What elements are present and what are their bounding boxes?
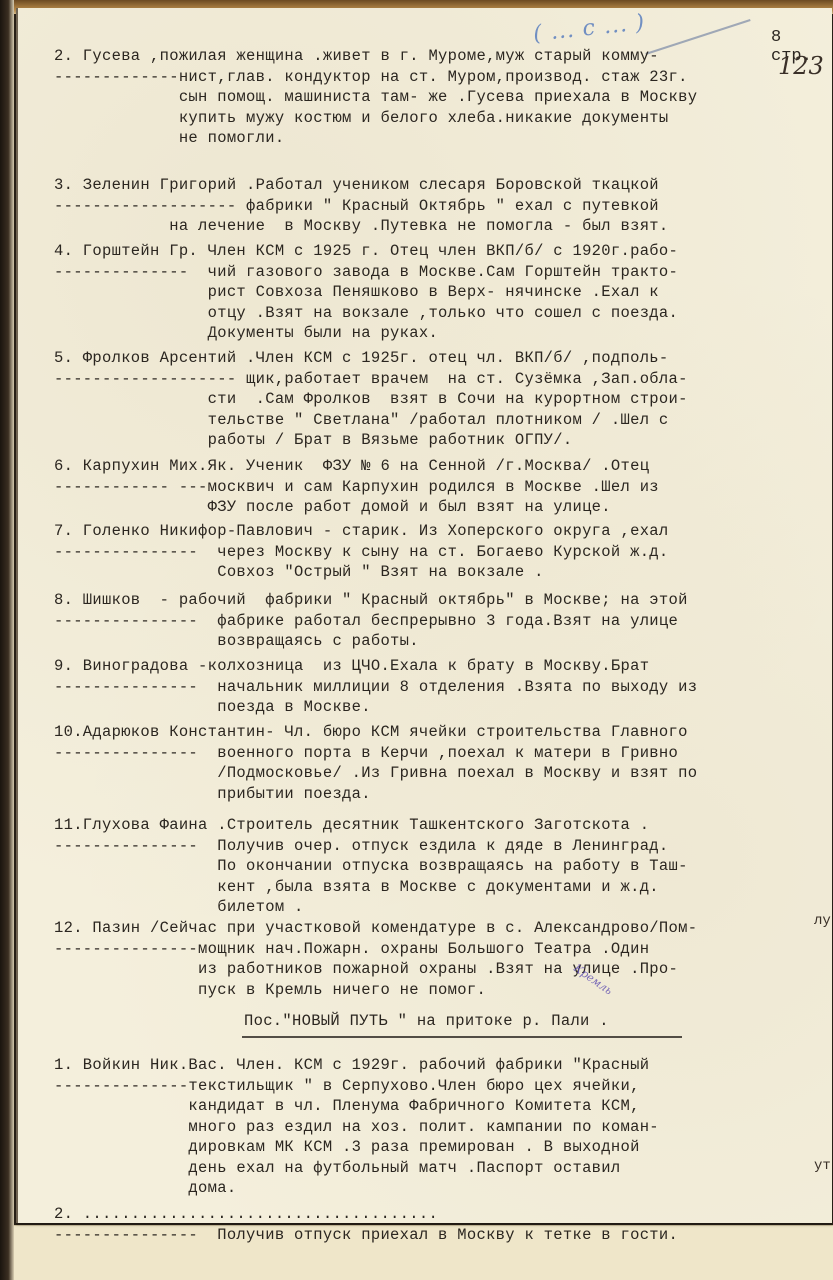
document-entry: 3. Зеленин Григорий .Работал учеником сл… [54,175,669,237]
document-entry: 6. Карпухин Мих.Як. Ученик ФЗУ № 6 на Се… [54,456,659,518]
entry-line: По окончании отпуска возвращаясь на рабо… [54,856,688,877]
entry-line: кандидат в чл. Пленума Фабричного Комите… [54,1096,659,1117]
entry-line: ФЗУ после работ домой и был взят на улиц… [54,497,659,518]
entry-line: рист Совхоза Пеняшково в Верх- нячинске … [54,282,678,303]
entry-line: --------------- фабрике работал беспреры… [54,611,688,632]
document-entry: 8. Шишков - рабочий фабрики " Красный ок… [54,590,688,652]
entry-line: ------------ ---москвич и сам Карпухин р… [54,477,659,498]
entry-line: тельстве " Светлана" /работал плотником … [54,410,688,431]
entry-line: -------------- чий газового завода в Мос… [54,262,678,283]
document-entry: 4. Горштейн Гр. Член КСМ с 1925 г. Отец … [54,241,678,344]
document-entry: 1. Войкин Ник.Вас. Член. КСМ с 1929г. ра… [54,1055,659,1199]
entry-line: на лечение в Москву .Путевка не помогла … [54,216,669,237]
entry-line: 2. ..................................... [54,1204,678,1225]
binding-edge [0,0,14,1280]
document-entry: 10.Адарюков Константин- Чл. бюро КСМ яче… [54,722,697,804]
entry-line: --------------- начальник миллиции 8 отд… [54,677,697,698]
entry-line: --------------- Получив отпуск приехал в… [54,1225,678,1246]
document-entry: 11.Глухова Фаина .Строитель десятник Таш… [54,815,688,918]
entry-line: --------------- через Москву к сыну на с… [54,542,669,563]
entry-line: возвращаясь с работы. [54,631,688,652]
entry-line: 3. Зеленин Григорий .Работал учеником сл… [54,175,669,196]
entry-line: 10.Адарюков Константин- Чл. бюро КСМ яче… [54,722,697,743]
entry-line: 8. Шишков - рабочий фабрики " Красный ок… [54,590,688,611]
margin-fragment: ут [814,1158,831,1174]
entry-line: много раз ездил на хоз. полит. кампании … [54,1117,659,1138]
document-page: ( ... с ... ) 8 стр. 123 2. Гусева ,пожи… [16,8,832,1223]
entry-line: 5. Фролков Арсентий .Член КСМ с 1925г. о… [54,348,688,369]
entry-line: 6. Карпухин Мих.Як. Ученик ФЗУ № 6 на Се… [54,456,659,477]
entry-line: день ехал на футбольный матч .Паспорт ос… [54,1158,659,1179]
entry-line: 12. Пазин /Сейчас при участковой коменда… [54,918,697,939]
entry-line: отцу .Взят на вокзале ,только что сошел … [54,303,678,324]
entry-line: -------------нист,глав. кондуктор на ст.… [54,67,697,88]
document-entry: 2. Гусева ,пожилая женщина .живет в г. М… [54,46,697,149]
entry-line: 2. Гусева ,пожилая женщина .живет в г. М… [54,46,697,67]
entry-line: билетом . [54,897,688,918]
entry-line: 7. Голенко Никифор-Павлович - старик. Из… [54,521,669,542]
section-heading-underline [242,1036,682,1038]
entry-line: прибытии поезда. [54,784,697,805]
entry-line: --------------- военного порта в Керчи ,… [54,743,697,764]
document-entry: 7. Голенко Никифор-Павлович - старик. Из… [54,521,669,583]
entry-line: работы / Брат в Вязьме работник ОГПУ/. [54,430,688,451]
entry-line: /Подмосковье/ .Из Гривна поехал в Москву… [54,763,697,784]
entry-line: 9. Виноградова -колхозница из ЦЧО.Ехала … [54,656,697,677]
entry-line: дировкам МК КСМ .3 раза премирован . В в… [54,1137,659,1158]
document-entry: 5. Фролков Арсентий .Член КСМ с 1925г. о… [54,348,688,451]
entry-line: 1. Войкин Ник.Вас. Член. КСМ с 1929г. ра… [54,1055,659,1076]
entry-line: дома. [54,1178,659,1199]
entry-line: 11.Глухова Фаина .Строитель десятник Таш… [54,815,688,836]
handwritten-note: ( ... с ... ) [532,10,646,47]
entry-line: сти .Сам Фролков взят в Сочи на курортно… [54,389,688,410]
entry-line: ---------------мощник нач.Пожарн. охраны… [54,939,697,960]
entry-line: сын помощ. машиниста там- же .Гусева при… [54,87,697,108]
entry-line: поезда в Москве. [54,697,697,718]
entry-line: --------------- Получив очер. отпуск езд… [54,836,688,857]
margin-fragment: лу [814,913,831,929]
entry-line: купить мужу костюм и белого хлеба.никаки… [54,108,697,129]
entry-line: кент ,была взята в Москве с документами … [54,877,688,898]
entry-line: не помогли. [54,128,697,149]
document-entry: 2. .....................................… [54,1204,678,1245]
archive-folio-number: 123 [778,52,824,80]
entry-line: ------------------- щик,работает врачем … [54,369,688,390]
document-entry: 9. Виноградова -колхозница из ЦЧО.Ехала … [54,656,697,718]
entry-line: Документы были на руках. [54,323,678,344]
section-heading: Пос."НОВЫЙ ПУТЬ " на притоке р. Пали . [244,1012,609,1030]
entry-line: ------------------- фабрики " Красный Ок… [54,196,669,217]
entry-line: --------------текстильщик " в Серпухово.… [54,1076,659,1097]
entry-line: 4. Горштейн Гр. Член КСМ с 1925 г. Отец … [54,241,678,262]
entry-line: Совхоз "Острый " Взят на вокзале . [54,562,669,583]
